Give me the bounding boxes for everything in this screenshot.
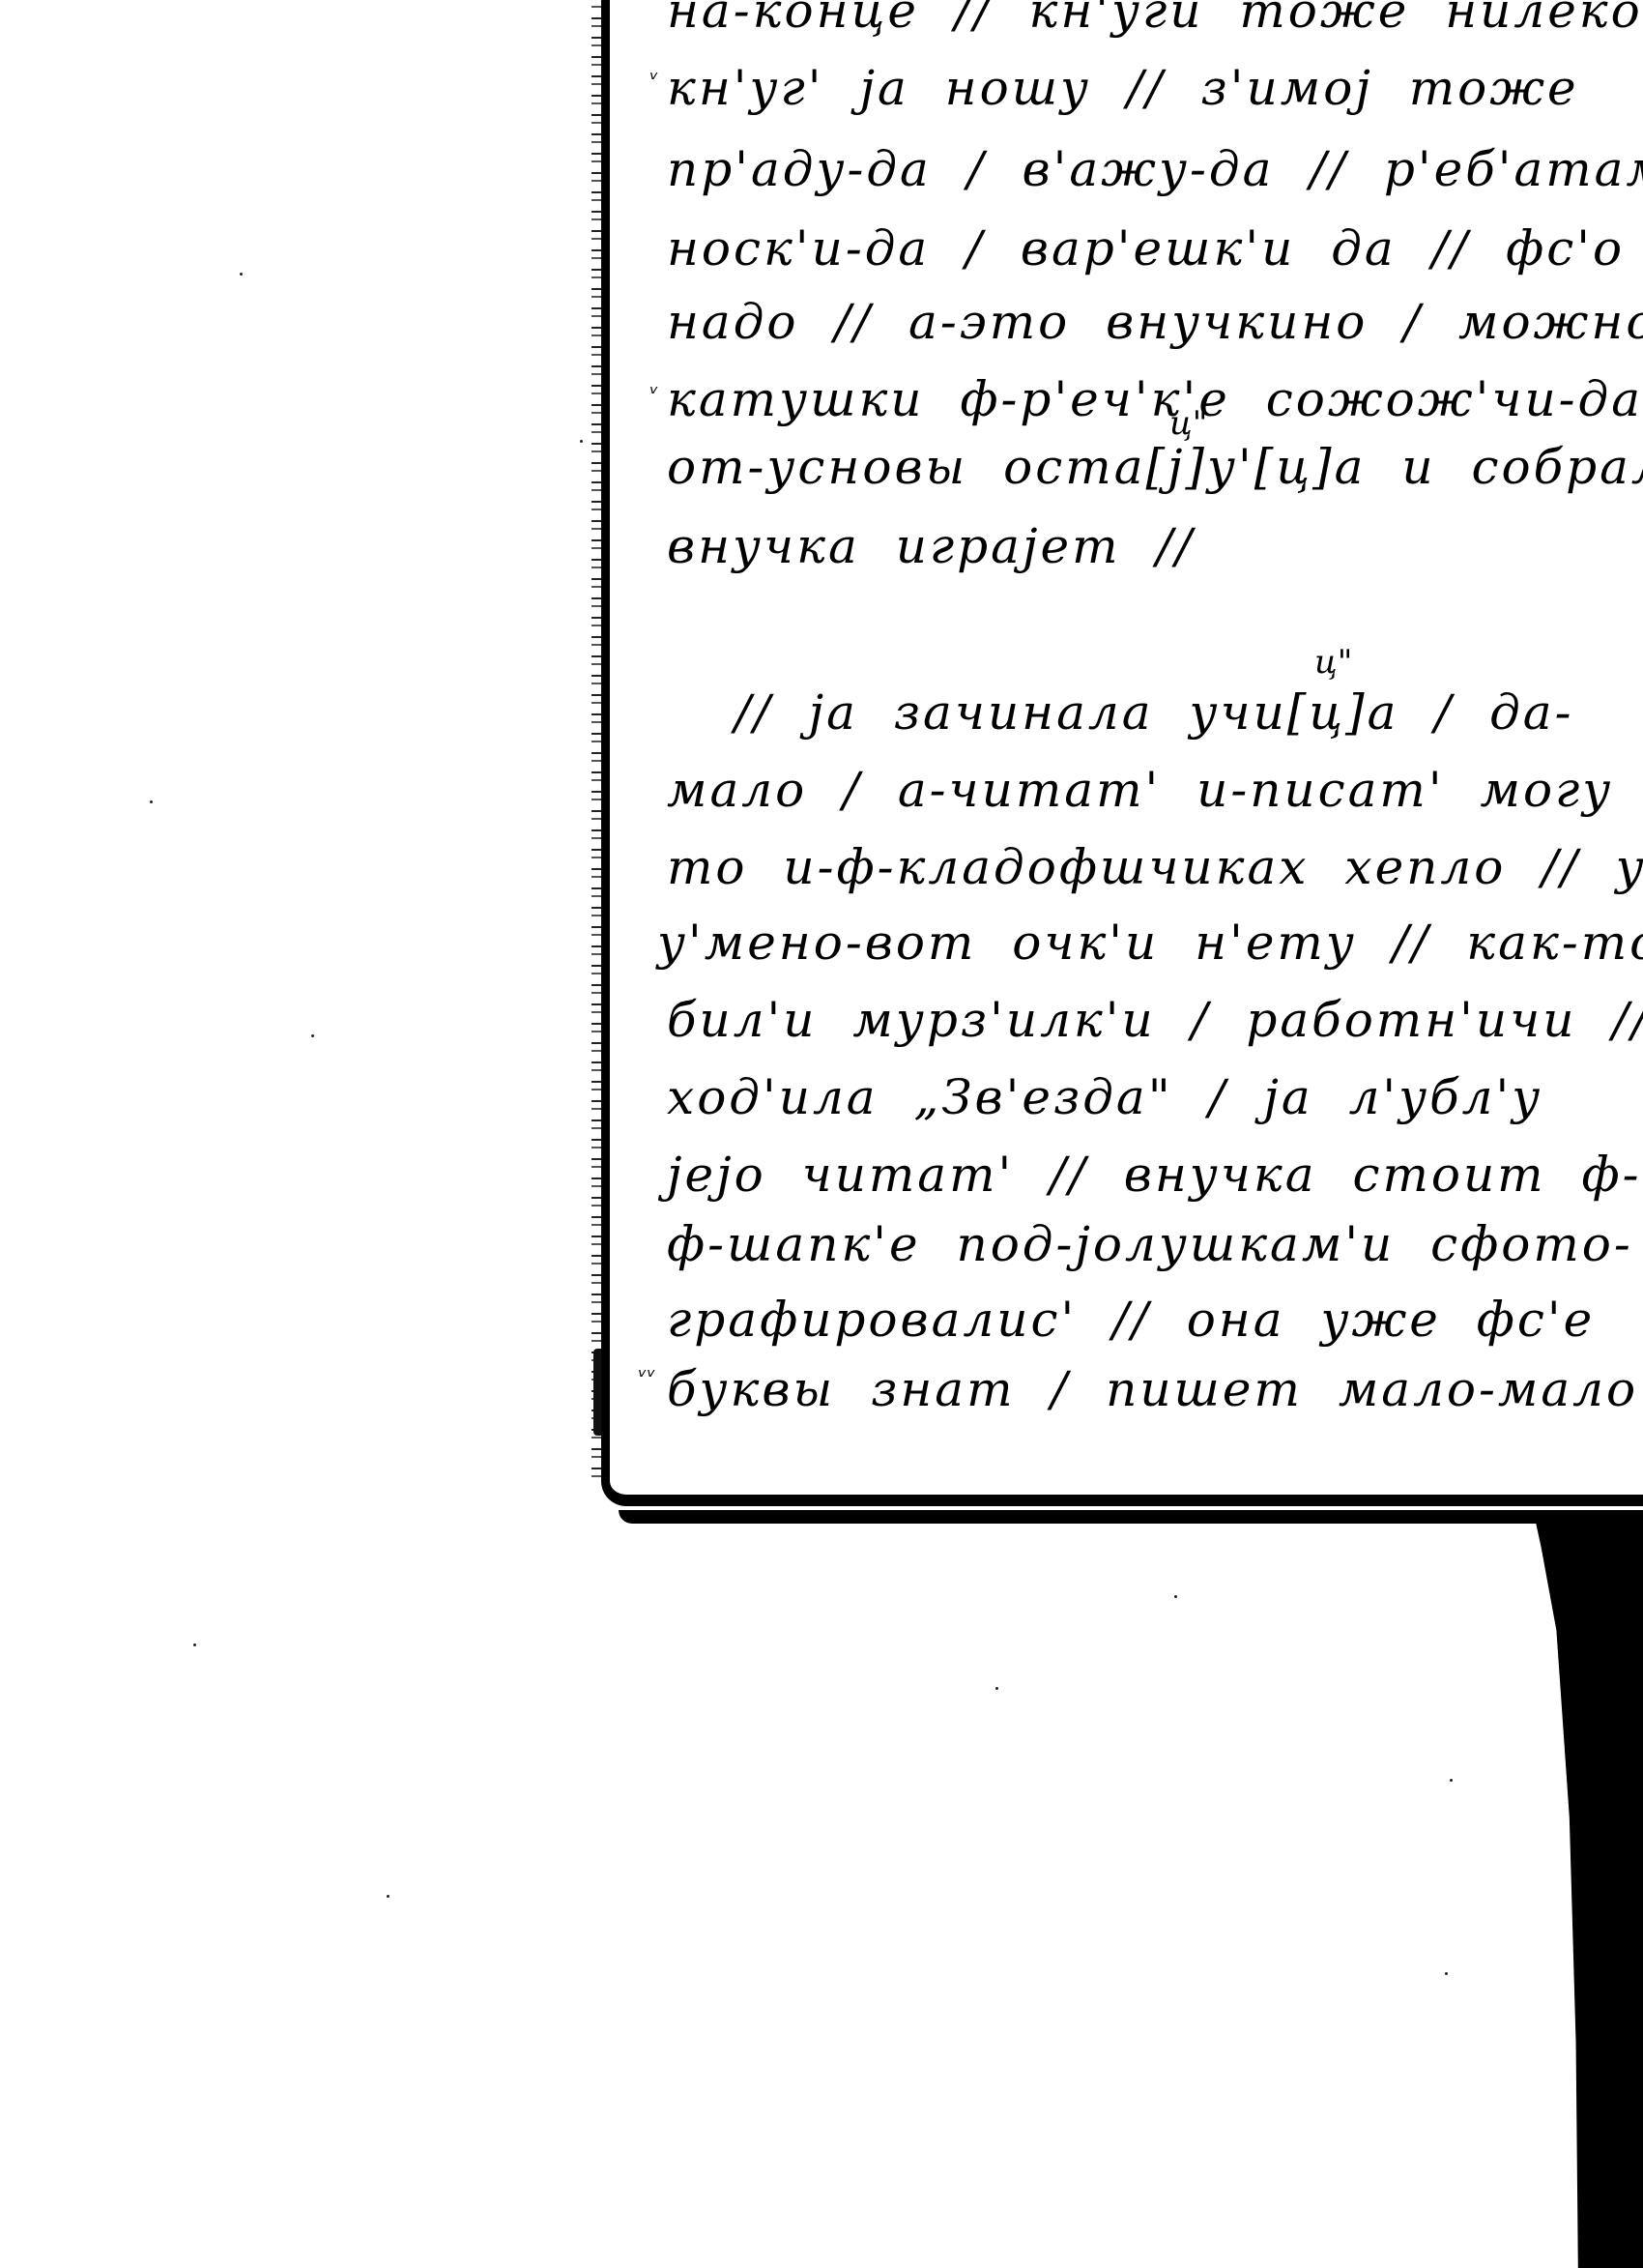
scan-speck: [311, 1034, 314, 1037]
text-line: // ја зачинала учи[ц]а / да-: [735, 688, 1574, 737]
margin-check-mark: ᵛᵛ: [638, 1365, 655, 1389]
page-shadow-bottom: [619, 1510, 1643, 1524]
text-line: на-конце // кн'уги тоже нилеко //: [667, 0, 1643, 35]
text-line: ф-шапк'е под-јолушкам'и сфото-: [667, 1220, 1633, 1268]
scan-speck: [1450, 1779, 1453, 1782]
correction-mark: ц": [1314, 643, 1352, 682]
text-line: у'мено-вот очк'и н'ету // как-то: [657, 918, 1643, 967]
text-line: ход'ила „Зв'езда" / ја л'убл'у: [667, 1073, 1542, 1121]
text-line: катушки ф-р'еч'к'е сожож'чи-дак /: [667, 375, 1643, 423]
text-line: надо // а-это внучкино / можно: [667, 298, 1643, 346]
notebook-binding: [591, 0, 601, 1479]
text-line: мало / а-читат' и-писат' могу /: [667, 766, 1643, 814]
scan-speck: [1174, 1595, 1177, 1598]
text-line: јејо читат' // внучка стоит ф-пал'т'е /: [667, 1150, 1643, 1199]
scan-speck: [150, 800, 153, 803]
text-line: бил'и мурз'илк'и / работн'ичи //: [667, 996, 1643, 1044]
scan-speck: [1445, 1972, 1448, 1975]
margin-check-mark: ᵛ: [649, 68, 658, 92]
text-line: носк'и-да / вар'ешк'и да // фс'о: [667, 224, 1625, 273]
text-line: кн'уг' ја ношу // з'имој тоже: [667, 64, 1579, 112]
text-line: внучка играјет //: [667, 522, 1195, 570]
text-line: графировалис' // она уже фс'е: [667, 1295, 1595, 1344]
scan-speck: [995, 1687, 998, 1690]
text-line: от-усновы оста[ј]у'[ц]а и собрали /: [667, 443, 1643, 491]
scan-speck: [387, 1895, 389, 1898]
scan-speck: [580, 440, 583, 443]
scanned-page: на-конце // кн'уги тоже нилеко // кн'уг'…: [0, 0, 1643, 2268]
text-line: пр'аду-да / в'ажу-да // р'еб'атам: [667, 145, 1643, 193]
scan-speck: [193, 1643, 196, 1646]
page-shadow-right: [1535, 1518, 1643, 2268]
text-line: то и-ф-кладофшчиках хепло // у-: [667, 843, 1643, 891]
text-line: буквы знат / пишет мало-мало //: [667, 1365, 1643, 1413]
correction-mark: ц": [1169, 404, 1207, 443]
scan-speck: [240, 273, 243, 276]
margin-check-mark: ᵛ: [649, 382, 658, 406]
